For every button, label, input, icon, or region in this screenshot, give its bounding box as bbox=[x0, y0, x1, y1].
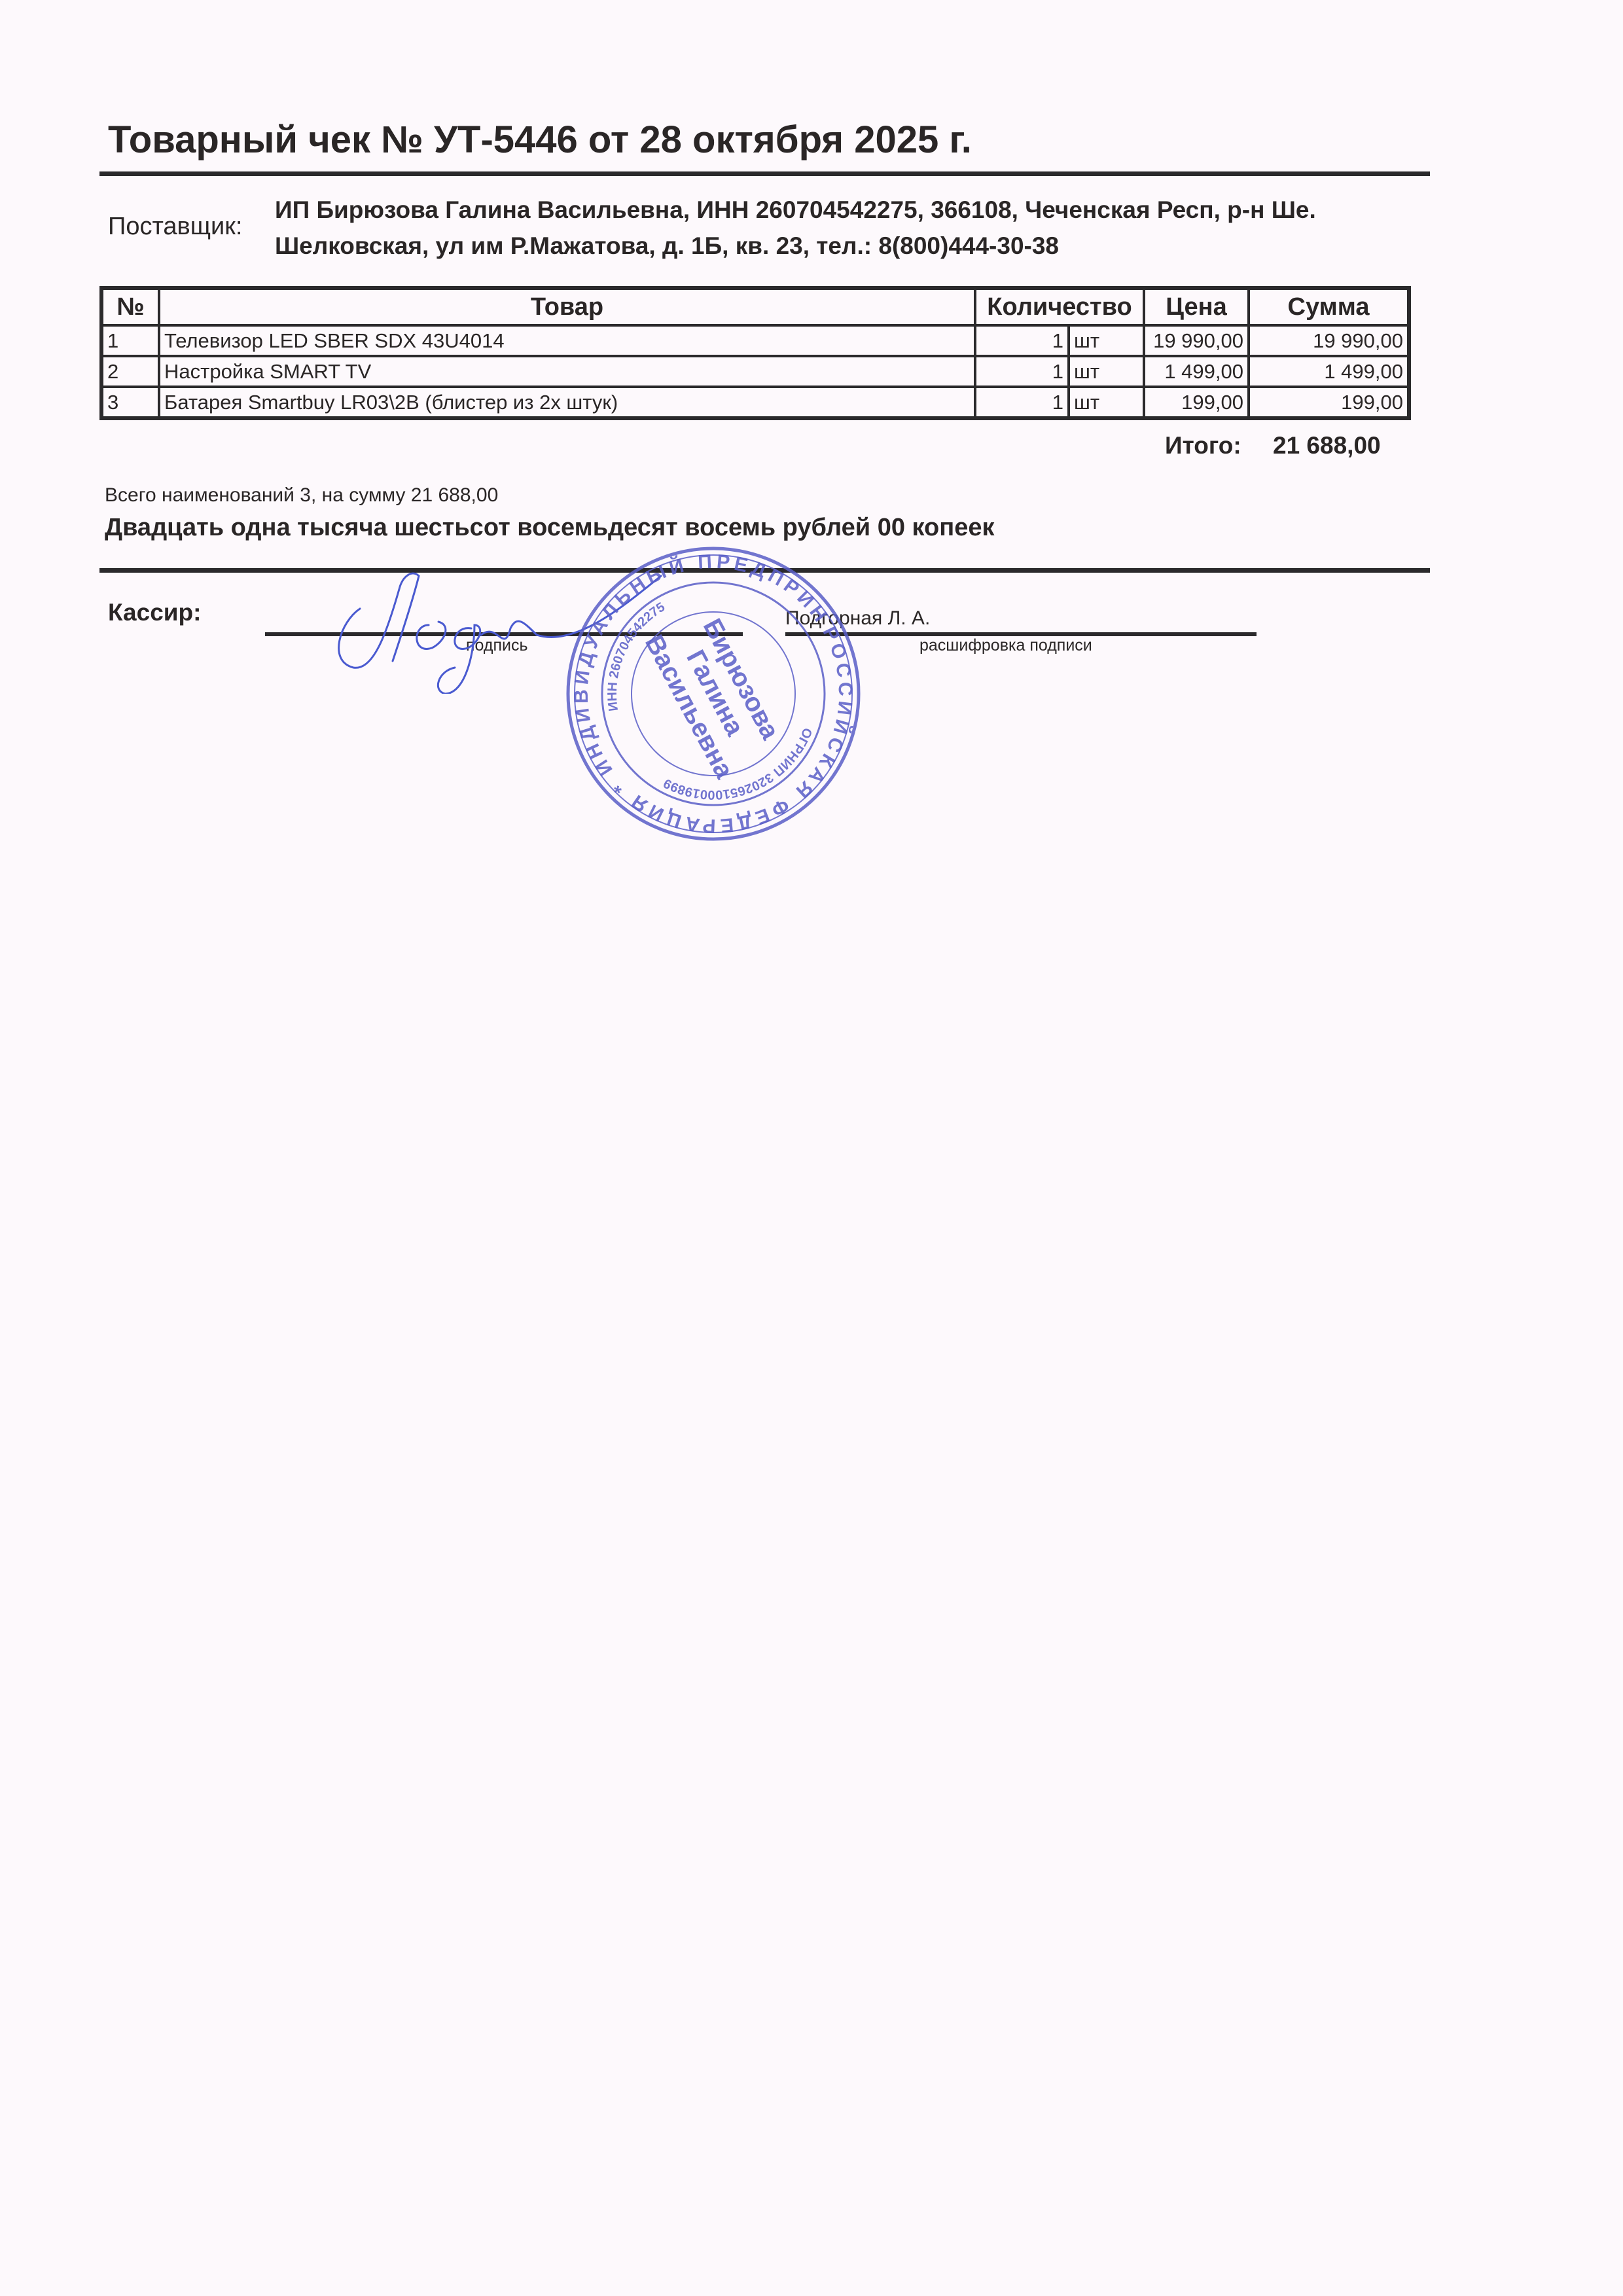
table-row: 3Батарея Smartbuy LR03\2B (блистер из 2х… bbox=[101, 387, 1409, 418]
row-sum: 1 499,00 bbox=[1249, 356, 1409, 387]
row-num: 3 bbox=[101, 387, 159, 418]
row-qty: 1 bbox=[975, 387, 1069, 418]
row-sum: 199,00 bbox=[1249, 387, 1409, 418]
row-item: Настройка SMART TV bbox=[159, 356, 975, 387]
row-num: 2 bbox=[101, 356, 159, 387]
row-item: Телевизор LED SBER SDX 43U4014 bbox=[159, 325, 975, 356]
table-row: 2Настройка SMART TV1шт1 499,001 499,00 bbox=[101, 356, 1409, 387]
row-unit: шт bbox=[1069, 325, 1144, 356]
total-value: 21 688,00 bbox=[1273, 432, 1381, 459]
company-stamp-icon: РОССИЙСКАЯ ФЕДЕРАЦИЯ * ИНДИВИДУАЛЬНЫЙ ПР… bbox=[563, 543, 864, 844]
table-header-row: № Товар Количество Цена Сумма bbox=[101, 288, 1409, 325]
decode-caption: расшифровка подписи bbox=[919, 636, 1092, 655]
header-item: Товар bbox=[159, 288, 975, 325]
header-price: Цена bbox=[1144, 288, 1249, 325]
row-unit: шт bbox=[1069, 356, 1144, 387]
table-row: 1Телевизор LED SBER SDX 43U40141шт19 990… bbox=[101, 325, 1409, 356]
document-title: Товарный чек № УТ-5446 от 28 октября 202… bbox=[108, 118, 972, 162]
row-item: Батарея Smartbuy LR03\2B (блистер из 2х … bbox=[159, 387, 975, 418]
total-label: Итого: bbox=[1165, 432, 1241, 459]
amount-in-words: Двадцать одна тысяча шестьсот восемьдеся… bbox=[105, 514, 995, 542]
header-num: № bbox=[101, 288, 159, 325]
title-divider bbox=[99, 171, 1430, 176]
row-num: 1 bbox=[101, 325, 159, 356]
row-price: 1 499,00 bbox=[1144, 356, 1249, 387]
row-price: 19 990,00 bbox=[1144, 325, 1249, 356]
supplier-label: Поставщик: bbox=[108, 213, 242, 241]
items-count-summary: Всего наименований 3, на сумму 21 688,00 bbox=[105, 484, 498, 507]
row-sum: 19 990,00 bbox=[1249, 325, 1409, 356]
supplier-details-line2: Шелковская, ул им Р.Мажатова, д. 1Б, кв.… bbox=[275, 232, 1059, 260]
header-qty: Количество bbox=[975, 288, 1144, 325]
header-sum: Сумма bbox=[1249, 288, 1409, 325]
row-price: 199,00 bbox=[1144, 387, 1249, 418]
items-table: № Товар Количество Цена Сумма 1Телевизор… bbox=[99, 286, 1411, 420]
cashier-label: Кассир: bbox=[108, 599, 201, 626]
supplier-details-line1: ИП Бирюзова Галина Васильевна, ИНН 26070… bbox=[275, 196, 1316, 224]
row-qty: 1 bbox=[975, 325, 1069, 356]
row-unit: шт bbox=[1069, 387, 1144, 418]
row-qty: 1 bbox=[975, 356, 1069, 387]
